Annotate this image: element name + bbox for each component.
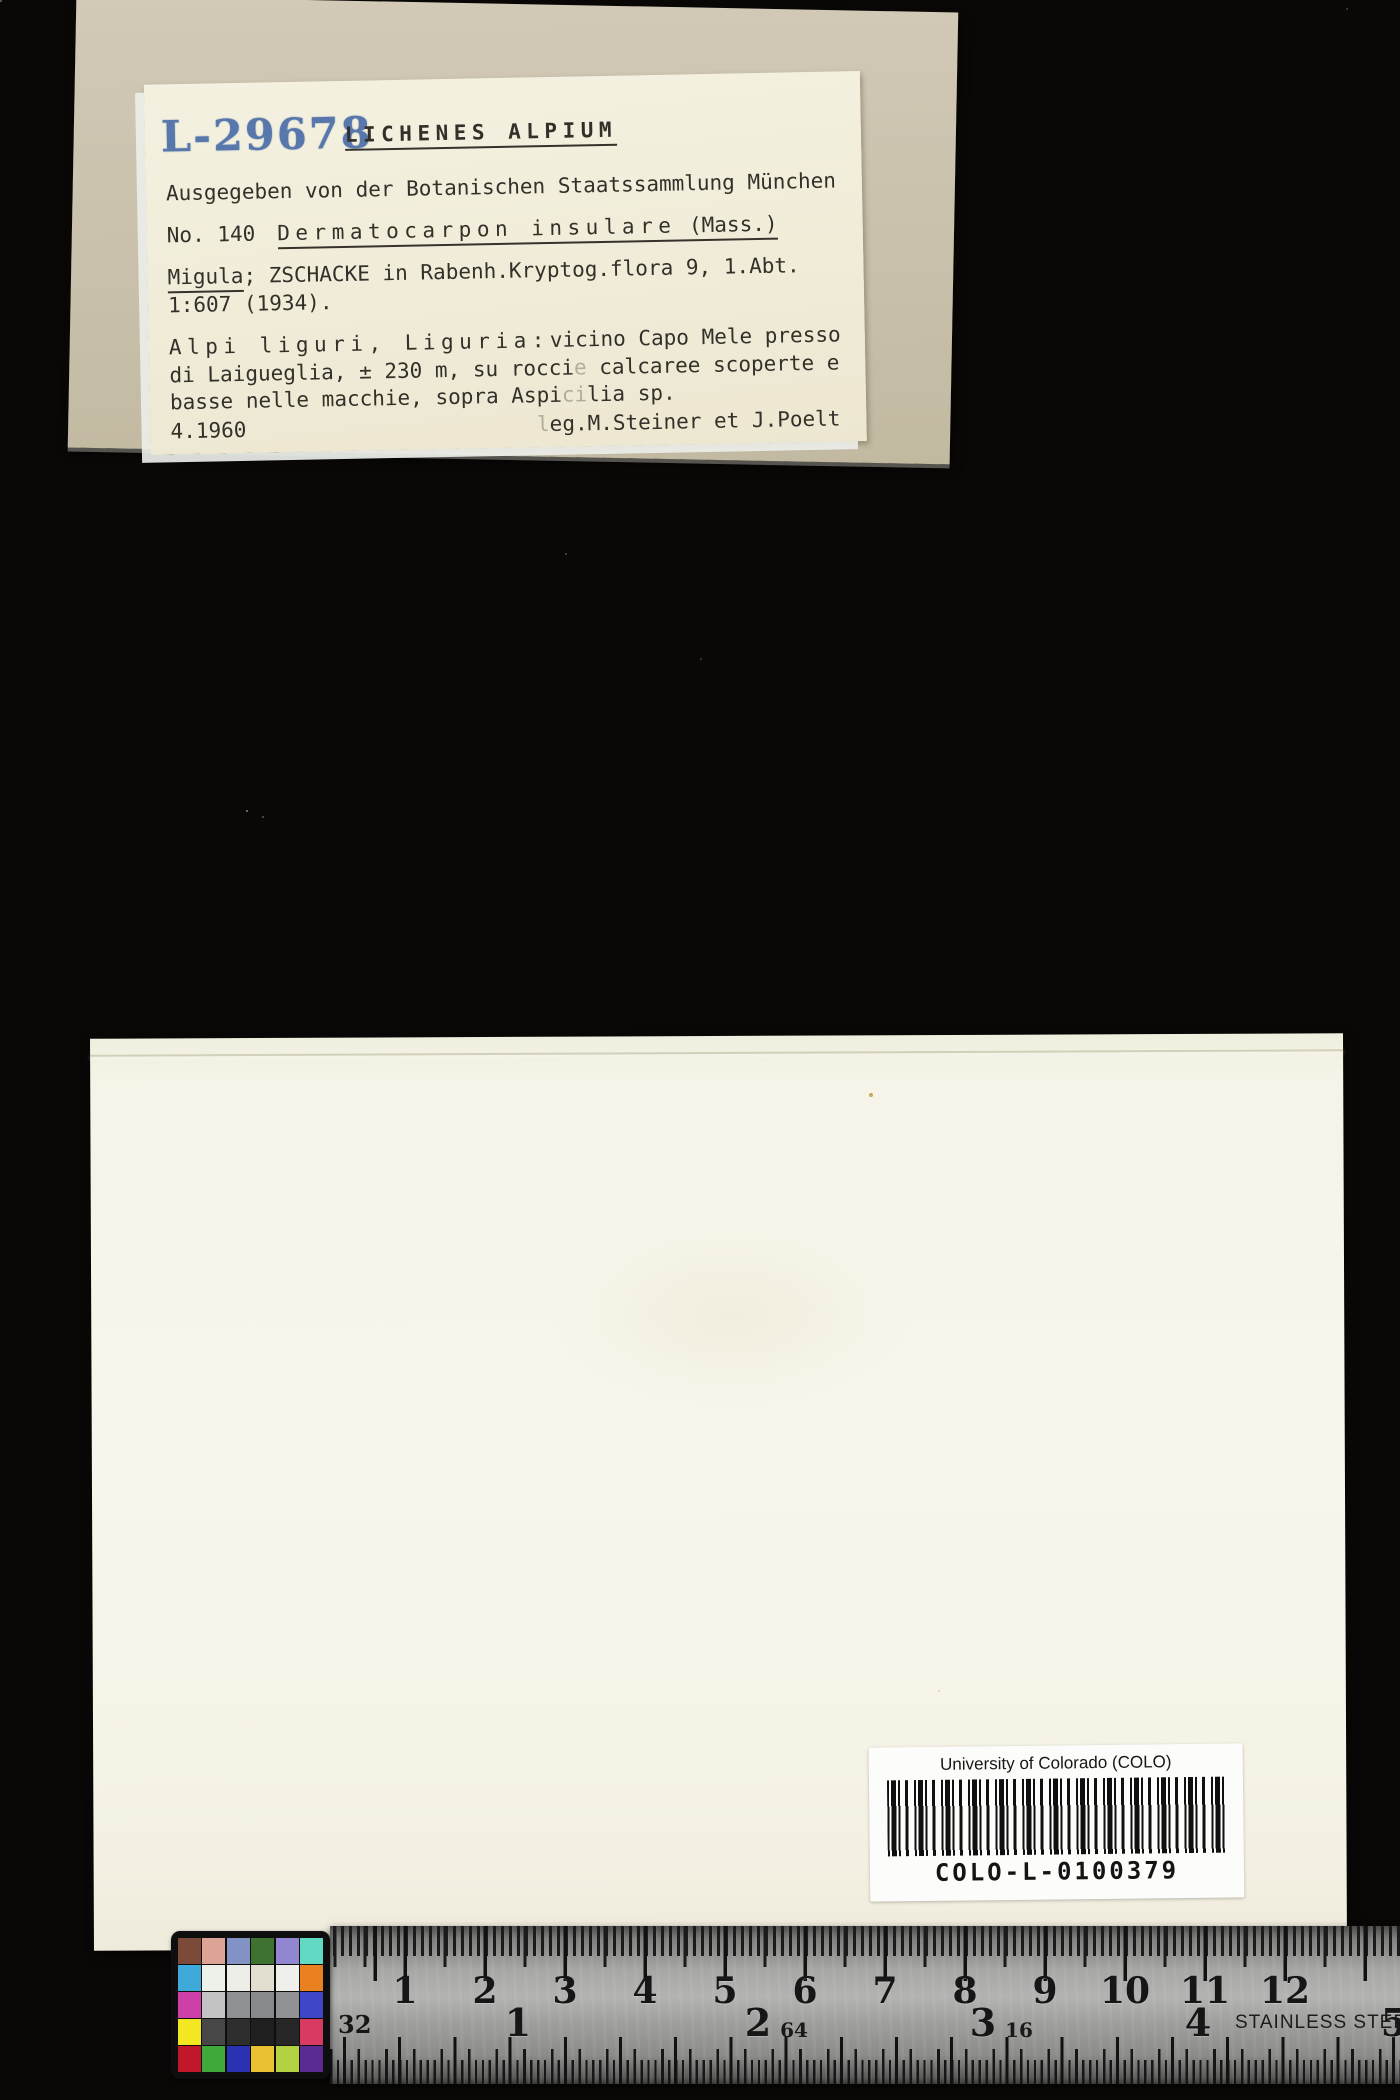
ruler-cm-number: 3	[552, 1970, 577, 2012]
issuer-line: Ausgegeben von der Botanischen Staatssam…	[166, 168, 836, 207]
color-swatch	[227, 1965, 250, 1991]
color-swatch	[178, 1965, 201, 1991]
ruler-cm-number: 10	[1100, 1970, 1150, 2012]
color-swatch	[300, 2019, 323, 2045]
color-swatch	[276, 1992, 299, 2018]
ruler-inch-number: 2	[745, 2000, 771, 2045]
color-swatch	[251, 2019, 274, 2045]
barcode	[887, 1777, 1226, 1857]
color-swatch	[276, 2019, 299, 2045]
herbarium-specimen-photo: L-29678 LICHENES ALPIUM Ausgegeben von d…	[0, 0, 1400, 2100]
ruler-quarter-ticks	[330, 2037, 1400, 2084]
color-swatch	[300, 1938, 323, 1964]
color-swatch-grid	[178, 1938, 323, 2072]
ruler-inch-fraction: 16	[1005, 2018, 1033, 2042]
color-swatch	[227, 2019, 250, 2045]
ruler-cm-number: 9	[1032, 1970, 1057, 2012]
ruler-cm-number: 12	[1260, 1970, 1310, 2012]
ruler: 123456789101112 126431645 32 STAINLESS S…	[330, 1926, 1400, 2084]
color-swatch	[276, 1965, 299, 1991]
color-swatch	[300, 2046, 323, 2072]
color-swatch	[276, 1938, 299, 1964]
citation-line: 1:607 (1934).	[168, 289, 333, 318]
color-swatch	[178, 2019, 201, 2045]
card-crease	[90, 1049, 1343, 1056]
ruler-inch-fraction: 64	[780, 2018, 808, 2042]
color-swatch	[202, 1965, 225, 1991]
color-swatch	[251, 1992, 274, 2018]
ruler-inch-number: 3	[970, 2000, 996, 2045]
barcode-label: University of Colorado (COLO) COLO-L-010…	[869, 1743, 1245, 1901]
color-swatch	[202, 2019, 225, 2045]
color-swatch	[300, 1965, 323, 1991]
color-swatch	[202, 1992, 225, 2018]
ruler-inch-number: 4	[1185, 2000, 1211, 2045]
barcode-text: COLO-L-0100379	[870, 1855, 1244, 1887]
ruler-inch-number: 1	[505, 2000, 531, 2045]
species-name: Dermatocarpon insulare (Mass.)	[277, 212, 778, 250]
color-swatch	[227, 2046, 250, 2072]
ruler-cm-number: 7	[872, 1970, 897, 2012]
backing-card: L-29678 LICHENES ALPIUM Ausgegeben von d…	[68, 0, 959, 464]
color-swatch	[300, 1992, 323, 2018]
color-swatch	[227, 1938, 250, 1964]
species-line: No. 140Dermatocarpon insulare (Mass.)	[167, 211, 778, 249]
ruler-cm-number: 5	[712, 1970, 737, 2012]
accession-number-stamp: L-29678	[160, 108, 373, 162]
specimen-label: L-29678 LICHENES ALPIUM Ausgegeben von d…	[144, 71, 867, 455]
color-swatch	[227, 1992, 250, 2018]
collection-date: 4.1960	[170, 417, 246, 444]
ruler-cm-number: 6	[792, 1970, 817, 2012]
color-swatch	[251, 1965, 274, 1991]
color-calibration-card	[171, 1931, 330, 2079]
color-swatch	[251, 1938, 274, 1964]
color-swatch	[178, 1938, 201, 1964]
authority-line: Migula; ZSCHACKE in Rabenh.Kryptog.flora…	[167, 252, 800, 290]
color-swatch	[202, 2046, 225, 2072]
color-swatch	[202, 1938, 225, 1964]
color-swatch	[276, 2046, 299, 2072]
ruler-denominator-label: 32	[338, 2010, 371, 2039]
institution-name: University of Colorado (COLO)	[869, 1751, 1243, 1775]
ruler-cm-number: 4	[632, 1970, 657, 2012]
ruler-brand-text: STAINLESS STEEL	[1235, 2012, 1400, 2034]
series-title: LICHENES ALPIUM	[345, 118, 618, 151]
color-swatch	[178, 1992, 201, 2018]
specimen-number: No. 140	[167, 222, 256, 248]
color-swatch	[251, 2046, 274, 2072]
dust-specks	[0, 0, 2, 2]
ruler-cm-number: 2	[472, 1970, 497, 2012]
collector-names: leg.M.Steiner et J.Poelt	[537, 405, 841, 437]
color-swatch	[178, 2046, 201, 2072]
specimen-card: University of Colorado (COLO) COLO-L-010…	[90, 1033, 1347, 1950]
ruler-cm-number: 1	[392, 1970, 417, 2012]
